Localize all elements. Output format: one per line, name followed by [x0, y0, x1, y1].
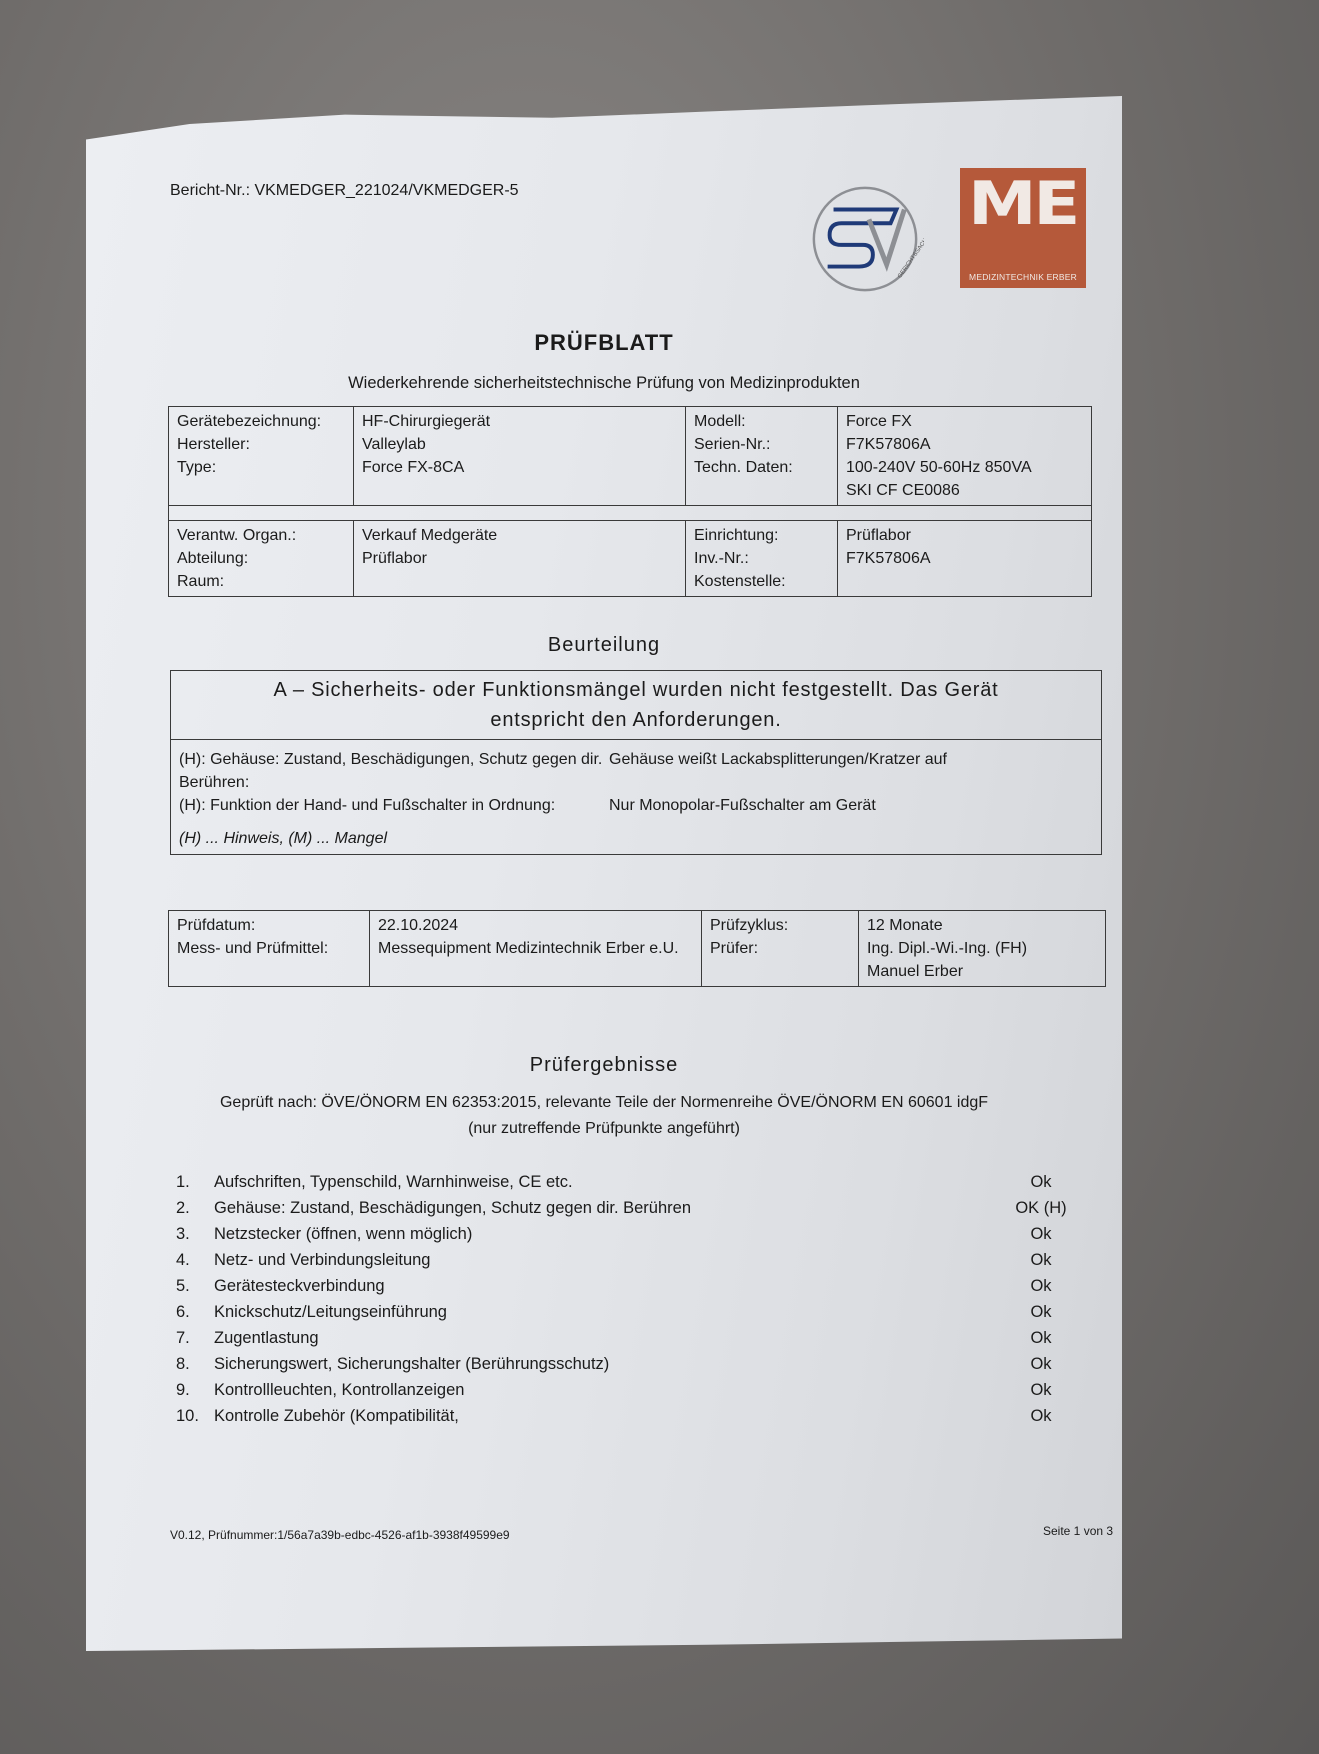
facility-values: PrüflaborF7K57806A: [838, 521, 1092, 597]
result-number: 4.: [176, 1248, 214, 1272]
page-title: PRÜFBLATT: [86, 330, 1122, 356]
result-item: Netzstecker (öffnen, wenn möglich): [214, 1222, 986, 1246]
facility-labels: Einrichtung:Inv.-Nr.:Kostenstelle:: [686, 521, 838, 597]
examiner-labels: Prüfzyklus:Prüfer:: [702, 911, 859, 987]
result-value: Ok: [986, 1326, 1096, 1350]
result-value: Ok: [986, 1352, 1096, 1376]
result-item: Sicherungswert, Sicherungshalter (Berühr…: [214, 1352, 986, 1376]
result-value: Ok: [986, 1404, 1096, 1428]
model-values: Force FXF7K57806A100-240V 50-60Hz 850VAS…: [838, 407, 1092, 506]
footer-version: V0.12, Prüfnummer:1/56a7a39b-edbc-4526-a…: [170, 1528, 510, 1542]
result-row: 3.Netzstecker (öffnen, wenn möglich)Ok: [176, 1222, 1096, 1246]
result-number: 1.: [176, 1170, 214, 1194]
device-info-table: Gerätebezeichnung:Hersteller:Type: HF-Ch…: [168, 406, 1092, 597]
test-values: 22.10.2024Messequipment Medizintechnik E…: [370, 911, 702, 987]
result-number: 2.: [176, 1196, 214, 1220]
note-row: (H): Funktion der Hand- und Fußschalter …: [179, 794, 1093, 817]
results-heading: Prüfergebnisse: [86, 1054, 1122, 1077]
result-value: OK (H): [986, 1196, 1096, 1220]
result-number: 8.: [176, 1352, 214, 1376]
result-number: 9.: [176, 1378, 214, 1402]
result-item: Aufschriften, Typenschild, Warnhinweise,…: [214, 1170, 986, 1194]
examiner-values: 12 MonateIng. Dipl.-Wi.-Ing. (FH)Manuel …: [859, 911, 1106, 987]
result-row: 8.Sicherungswert, Sicherungshalter (Berü…: [176, 1352, 1096, 1376]
result-row: 4.Netz- und VerbindungsleitungOk: [176, 1248, 1096, 1272]
result-row: 7.ZugentlastungOk: [176, 1326, 1096, 1350]
test-labels: Prüfdatum:Mess- und Prüfmittel:: [169, 911, 370, 987]
result-number: 6.: [176, 1300, 214, 1324]
assessment-notes: (H): Gehäuse: Zustand, Beschädigungen, S…: [171, 740, 1101, 854]
sv-expert-seal-logo: GERICHTSSACHVERSTÄNDIGE: [806, 180, 924, 298]
result-number: 3.: [176, 1222, 214, 1246]
me-company-logo: ME MEDIZINTECHNIK ERBER: [960, 168, 1086, 288]
result-item: Zugentlastung: [214, 1326, 986, 1350]
result-number: 7.: [176, 1326, 214, 1350]
device-values: HF-ChirurgiegerätValleylabForce FX-8CA: [354, 407, 686, 506]
result-item: Kontrolle Zubehör (Kompatibilität,: [214, 1404, 986, 1428]
result-row: 1.Aufschriften, Typenschild, Warnhinweis…: [176, 1170, 1096, 1194]
results-list: 1.Aufschriften, Typenschild, Warnhinweis…: [176, 1170, 1096, 1430]
assessment-box: A – Sicherheits- oder Funktionsmängel wu…: [170, 670, 1102, 855]
assessment-legend: (H) ... Hinweis, (M) ... Mangel: [179, 827, 1093, 850]
norm-reference: Geprüft nach: ÖVE/ÖNORM EN 62353:2015, r…: [86, 1090, 1122, 1142]
result-item: Kontrollleuchten, Kontrollanzeigen: [214, 1378, 986, 1402]
result-number: 5.: [176, 1274, 214, 1298]
result-item: Netz- und Verbindungsleitung: [214, 1248, 986, 1272]
model-labels: Modell:Serien-Nr.:Techn. Daten:: [686, 407, 838, 506]
result-item: Gehäuse: Zustand, Beschädigungen, Schutz…: [214, 1196, 986, 1220]
result-value: Ok: [986, 1300, 1096, 1324]
organisation-values: Verkauf MedgerätePrüflabor: [354, 521, 686, 597]
assessment-heading: Beurteilung: [86, 634, 1122, 657]
result-row: 5.GerätesteckverbindungOk: [176, 1274, 1096, 1298]
result-value: Ok: [986, 1248, 1096, 1272]
result-item: Gerätesteckverbindung: [214, 1274, 986, 1298]
result-value: Ok: [986, 1222, 1096, 1246]
result-row: 9.Kontrollleuchten, KontrollanzeigenOk: [176, 1378, 1096, 1402]
footer-page-number: Seite 1 von 3: [1043, 1524, 1113, 1538]
report-number: Bericht-Nr.: VKMEDGER_221024/VKMEDGER-5: [170, 182, 519, 200]
assessment-verdict: A – Sicherheits- oder Funktionsmängel wu…: [171, 671, 1101, 740]
result-number: 10.: [176, 1404, 214, 1428]
result-row: 6.Knickschutz/LeitungseinführungOk: [176, 1300, 1096, 1324]
result-row: 2.Gehäuse: Zustand, Beschädigungen, Schu…: [176, 1196, 1096, 1220]
organisation-labels: Verantw. Organ.:Abteilung:Raum:: [169, 521, 354, 597]
result-value: Ok: [986, 1274, 1096, 1298]
result-value: Ok: [986, 1378, 1096, 1402]
device-labels: Gerätebezeichnung:Hersteller:Type:: [169, 407, 354, 506]
result-row: 10.Kontrolle Zubehör (Kompatibilität,Ok: [176, 1404, 1096, 1428]
result-item: Knickschutz/Leitungseinführung: [214, 1300, 986, 1324]
page-subtitle: Wiederkehrende sicherheitstechnische Prü…: [86, 374, 1122, 393]
result-value: Ok: [986, 1170, 1096, 1194]
note-row: (H): Gehäuse: Zustand, Beschädigungen, S…: [179, 748, 1093, 794]
test-info-table: Prüfdatum:Mess- und Prüfmittel: 22.10.20…: [168, 910, 1106, 987]
